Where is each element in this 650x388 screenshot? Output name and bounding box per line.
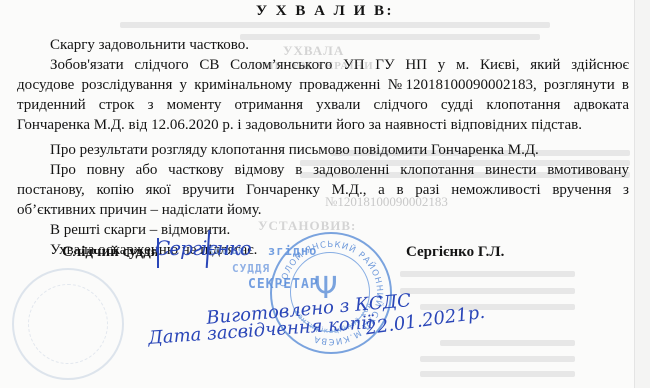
judge-handwritten-signature: Сергієнко bbox=[155, 236, 251, 260]
show-through-stamp bbox=[12, 268, 124, 380]
text-line: Зобов'язати слідчого СВ Солом’янського У… bbox=[50, 55, 629, 75]
text-line: триденний строк з моменту отримання ухва… bbox=[17, 95, 629, 115]
paragraph-oblige-investigator-line2: досудове розслідування у кримінальному п… bbox=[17, 75, 629, 95]
paragraph-refusal-line3: об’єктивних причин – надіслати йому. bbox=[17, 200, 262, 220]
show-through-line bbox=[240, 34, 540, 40]
show-through-line bbox=[400, 288, 575, 294]
show-through-line bbox=[420, 371, 575, 377]
paragraph-oblige-investigator-line1: Зобов'язати слідчого СВ Солом’янського У… bbox=[50, 55, 629, 75]
text-line: постанову, копію якої вручити Гончаренку… bbox=[17, 180, 629, 200]
show-through-title3: УСТАНОВИВ: bbox=[258, 219, 356, 232]
paragraph-oblige-investigator-line4: Гончаренка М.Д. від 12.06.2020 р. і задо… bbox=[17, 115, 582, 135]
show-through-line bbox=[440, 340, 575, 346]
paragraph-refusal-line2: постанову, копію якої вручити Гончаренку… bbox=[17, 180, 629, 200]
show-through-line bbox=[400, 271, 575, 277]
paragraph-notify-result: Про результати розгляду клопотання письм… bbox=[50, 140, 539, 160]
signature-label: Слідчий суддя bbox=[62, 244, 159, 261]
text-line: досудове розслідування у кримінальному п… bbox=[17, 75, 629, 95]
show-through-line bbox=[420, 356, 575, 362]
paragraph-oblige-investigator-line3: триденний строк з моменту отримання ухва… bbox=[17, 95, 629, 115]
judge-name: Сергієнко Г.Л. bbox=[406, 244, 504, 261]
page-margin-shadow bbox=[635, 0, 650, 388]
copy-stamp-line3: СУДДЯ bbox=[232, 262, 270, 275]
text-line: Про повну або часткову відмову в задовол… bbox=[50, 160, 629, 180]
show-through-line bbox=[120, 22, 550, 28]
paragraph-partial-satisfaction: Скаргу задовольнити частково. bbox=[50, 35, 249, 55]
paragraph-refusal-line1: Про повну або часткову відмову в задовол… bbox=[50, 160, 629, 180]
page-edge bbox=[634, 0, 635, 388]
resolution-heading: У Х В А Л И В: bbox=[0, 3, 650, 20]
